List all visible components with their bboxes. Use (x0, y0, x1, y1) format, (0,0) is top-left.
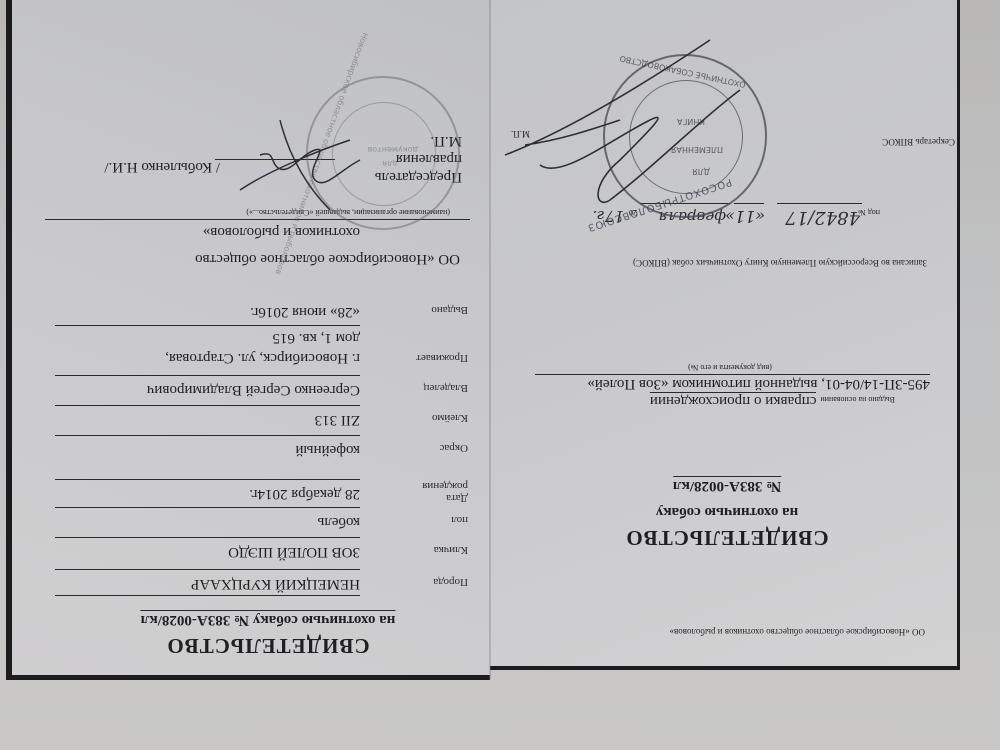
registry-prefix: под № (858, 208, 880, 217)
field-value: ЗОВ ПОЛЕЙ ШЭДО (228, 543, 360, 560)
basis-caption: (вид документа и его №) (688, 363, 772, 372)
secretary-signature (470, 40, 770, 240)
field-value: 28 декабря 2014г. (249, 485, 360, 502)
basis-line-2: 495-ЗП-14/04-01, выданной питомником «Зо… (535, 374, 930, 392)
field-label: Владелец (398, 382, 468, 394)
field-label: Проживает (398, 352, 468, 364)
field-label: пол (398, 514, 468, 526)
certificate-subtitle: на охотничью собаку (656, 503, 799, 520)
certificate-title: СВИДЕТЕЛЬСТВО (625, 525, 828, 550)
field-label: Дата рождения (398, 480, 468, 504)
chairman-signature (230, 110, 370, 230)
photo-scene: ОО «Новосибирское областное общество охо… (0, 0, 1000, 750)
basis-line-1: Выдано на основании справки о происхожде… (650, 392, 895, 410)
organization-header: ОО «Новосибирское областное общество охо… (670, 627, 925, 637)
field-value: кофейный (295, 441, 360, 458)
certificate-subtitle-right: на охотничью собаку № 383А-0028/кл (141, 610, 396, 628)
field-value: «28» июня 2016г. (250, 303, 360, 320)
certificate-title-right: СВИДЕТЕЛЬСТВО (166, 633, 369, 658)
field-label: Порода (398, 576, 468, 588)
field-value: кобель (318, 513, 360, 530)
field-value: ZII 313 (315, 411, 360, 428)
registry-number: 4842/17 (785, 207, 860, 228)
secretary-label: Секретарь ВПКОС (882, 137, 955, 147)
field-label: Клеймо (398, 412, 468, 424)
issuer-line-1: ОО «Новосибирское областное общество (195, 250, 460, 267)
basis-document: справки о происхождении (650, 392, 817, 409)
field-value: г. Новосибирск, ул. Стартовая, дом 1, кв… (160, 328, 360, 368)
field-label: Выдано (398, 304, 468, 316)
field-label: Кличка (398, 544, 468, 556)
field-value: Сергеенко Сергей Владимирович (147, 381, 360, 398)
registry-text: Записана во Всероссийскую Племенную Книг… (633, 258, 927, 268)
certificate-number: № 383А-0028/кл (673, 476, 781, 494)
field-value: НЕМЕЦКИЙ КУРЦХААР (191, 575, 360, 592)
basis-prefix: Выдано на основании (820, 395, 895, 404)
field-label: Окрас (398, 442, 468, 454)
chairman-name: / Кобыленко Н.И./ (104, 158, 220, 175)
